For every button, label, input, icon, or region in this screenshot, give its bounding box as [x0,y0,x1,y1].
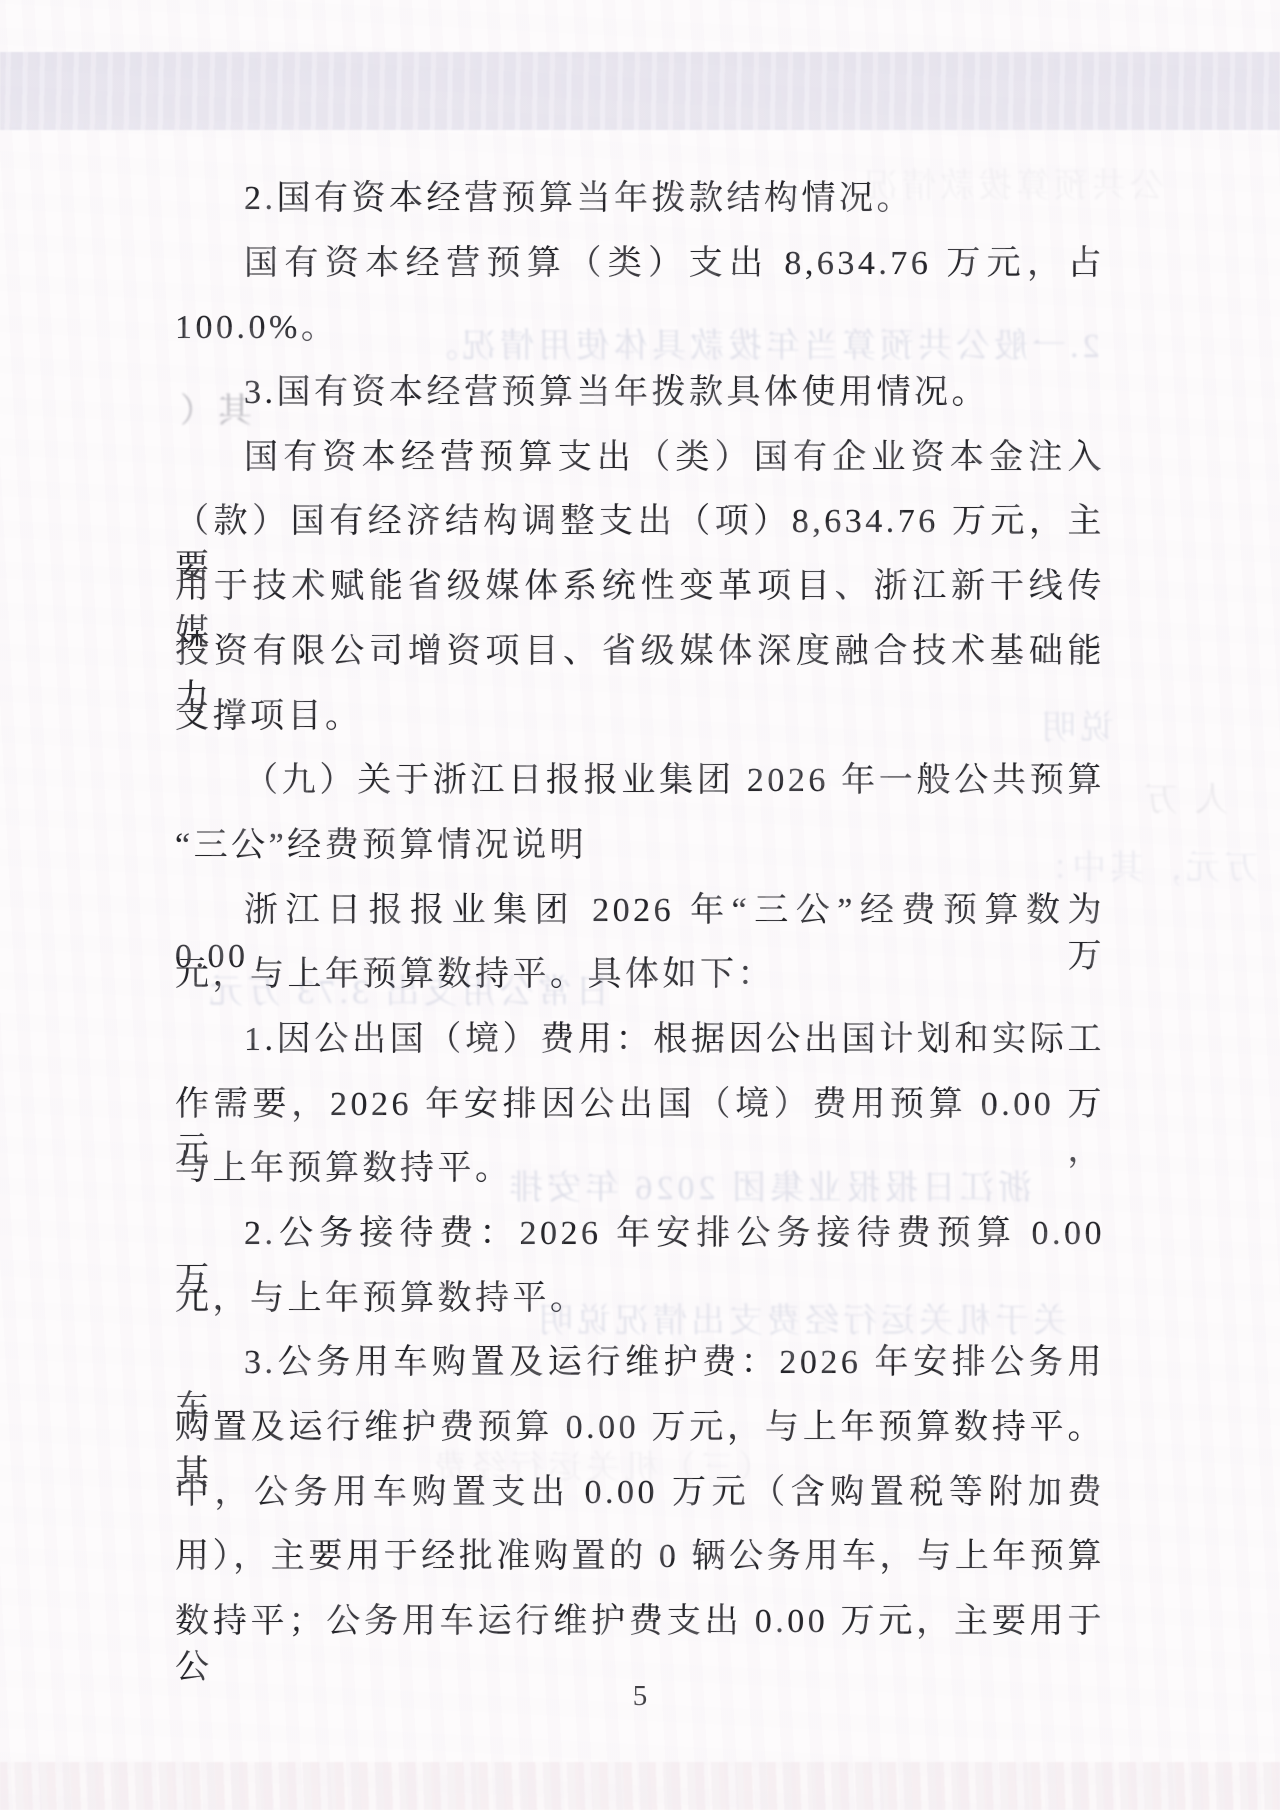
document-line: 国有资本经营预算（类）支出 8,634.76 万元，占 [175,241,1105,306]
document-line: 中，公务用车购置支出 0.00 万元（含购置税等附加费 [175,1470,1105,1535]
document-line: 购置及运行维护费预算 0.00 万元，与上年预算数持平。其 [175,1405,1105,1470]
scan-artifact-bottom-band [0,1762,1280,1810]
document-line: 投资有限公司增资项目、省级媒体深度融合技术基础能力 [175,629,1105,694]
bleedthrough-text: 人 万 [1140,772,1229,821]
document-line: 1.因公出国（境）费用：根据因公出国计划和实际工 [175,1017,1105,1082]
document-line: 数持平；公务用车运行维护费支出 0.00 万元，主要用于公 [175,1599,1105,1664]
document-line: “三公”经费预算情况说明 [175,823,1105,888]
page-number: 5 [0,1680,1280,1713]
document-lines: 2.国有资本经营预算当年拨款结构情况。国有资本经营预算（类）支出 8,634.7… [175,176,1105,1664]
scan-artifact-top-band [0,52,1280,130]
document-line: （九）关于浙江日报报业集团 2026 年一般公共预算 [175,758,1105,823]
document-line: 2.公务接待费：2026 年安排公务接待费预算 0.00 万 [175,1211,1105,1276]
document-line: 100.0%。 [175,305,1105,370]
document-line: 用于技术赋能省级媒体系统性变革项目、浙江新干线传媒 [175,564,1105,629]
document-line: 浙江日报报业集团 2026 年“三公”经费预算数为 0.00 万 [175,888,1105,953]
document-line: （款）国有经济结构调整支出（项）8,634.76 万元，主要 [175,499,1105,564]
document-line: 元，与上年预算数持平。 [175,1276,1105,1341]
document-line: 3.国有资本经营预算当年拨款具体使用情况。 [175,370,1105,435]
document-line: 用），主要用于经批准购置的 0 辆公务用车，与上年预算 [175,1534,1105,1599]
document-line: 2.国有资本经营预算当年拨款结构情况。 [175,176,1105,241]
document-line: 支撑项目。 [175,694,1105,759]
document-line: 国有资本经营预算支出（类）国有企业资本金注入 [175,435,1105,500]
document-line: 作需要，2026 年安排因公出国（境）费用预算 0.00 万元， [175,1082,1105,1147]
document-line: 3.公务用车购置及运行维护费：2026 年安排公务用车 [175,1340,1105,1405]
